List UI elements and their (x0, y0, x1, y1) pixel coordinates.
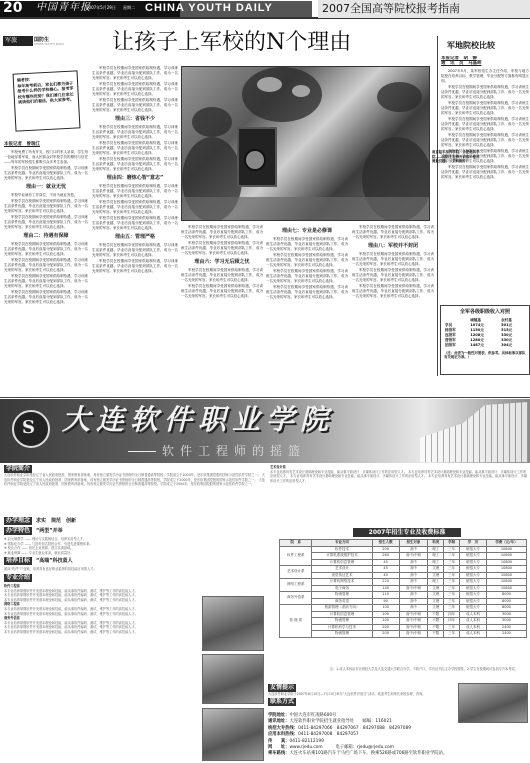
salary-note: （注：此表为一般性对照表，供参考。具体标准以部队有关规定为准。） (444, 351, 526, 360)
contact-route: 乘车路线：大连火车站乘101路汽车于马栏广场下车，换乘526路或706路至软件职… (268, 751, 528, 757)
goal-label: 培养目标 (4, 557, 32, 565)
school-emblem-glyph: S (22, 418, 35, 438)
paper-logo: 中国青年报 (36, 2, 91, 14)
contact-label: 联系方式 (268, 698, 296, 706)
article-paragraph: 军校学员在校期间享受国家供给制待遇，学习训练生活条件优越，毕业后直接分配到部队工… (352, 225, 434, 240)
article-paragraph: 军校学员在校期间享受国家供给制待遇，学习训练生活条件优越，毕业后直接分配到部队工… (4, 258, 88, 273)
article-paragraph: 军校学员在校期间享受国家供给制待遇，学习训练生活条件优越，毕业后直接分配到部队工… (266, 269, 348, 284)
article-paragraph: 军校学员在校期间享受国家供给制待遇，学习训练生活条件优越，毕业后直接分配到部队工… (92, 216, 178, 231)
fee-table-title: 2007年招生专业及收费标准 (353, 528, 461, 537)
goal-value: “高端”科技蓝人 (36, 558, 73, 565)
article-column-1: 本报记者 曾瑞江 军校免费了所有开支，校门口的军人站岗，学生每一色地穿着军装，而… (4, 140, 88, 395)
article-paragraph: 军校学员在校期间享受国家供给制待遇，学习训练生活条件优越，毕业后直接分配到部队工… (92, 98, 178, 113)
sidebar-paragraph: 军校学员在校期间享受国家供给制待遇，学习训练生活条件优越，毕业后直接分配到部队工… (441, 117, 529, 132)
contact-info: 学院地址：中国大连市红凌路600号 通讯地址：大连软件职业学院招生就业指导处 邮… (268, 713, 528, 758)
features-label: 办学特色 (4, 527, 32, 535)
section-heading: 理由六：学习无后顾之忧 (181, 260, 263, 265)
intro-text: 大连软件职业学院是经辽宁省人民政府批准、国家教育部备案，具有独立颁发学历证书资格… (4, 473, 266, 515)
article-paragraph: 军校学员在校期间享受国家供给制待遇，学习训练生活条件优越，毕业后直接分配到部队工… (181, 284, 263, 299)
sidebar-paragraph: 军校学员在校期间享受国家供给制待遇，学习训练生活条件优越，毕业后直接分配到部队工… (441, 133, 529, 148)
editor-note-text: 每年高考前后，家长们都为孩子报考什么样的学校操心。报考军校有哪些优势？我们请几位… (17, 80, 75, 105)
features-row: 办学特色 “两型”并举 (4, 527, 266, 535)
article-paragraph: 军校学员在校期间享受国家供给制待遇，学习训练生活条件优越，毕业后直接分配到部队工… (181, 268, 263, 283)
section-subtag-en: CHINA YOUTH DAILY (34, 42, 64, 46)
section-heading: 理由一：就业无忧 (4, 185, 88, 190)
philosophy-value: 求实 规范 创新 (36, 518, 76, 525)
byline: 本报记者 曾瑞江 (4, 142, 88, 147)
article-paragraph: 军校学员在校期间享受国家供给制待遇，学习训练生活条件优越，毕业后直接分配到部队工… (4, 215, 88, 230)
salary-table-title: 全军各级职级收入对照 (444, 309, 526, 316)
section-heading: 理由四：磨炼心智“意志” (92, 176, 178, 181)
sidebar-byline-2: 通 讯 员 马晶晖 (441, 61, 529, 66)
article-paragraph: 军校学员在校期间享受国家供给制待遇，学习训练生活条件优越，毕业后直接分配到部队工… (4, 290, 88, 305)
article-paragraph: 军校学员在校期间享受国家供给制待遇，学习训练生活条件优越，毕业后直接分配到部队工… (181, 225, 263, 240)
school-name: 大连软件职业学院 (62, 403, 334, 437)
supplement-title: 2007全国高等院校报考指南 (322, 2, 460, 16)
article-paragraph: 军校学员在校期间享受国家供给制待遇，学习训练生活条件优越，毕业后直接分配到部队工… (92, 157, 178, 172)
sidebar-title: 军地院校比较 (447, 40, 495, 51)
article-paragraph: 军校免费了所有开支，校门口的军人站岗，学生每一色地穿着军装，而人民群众对军校学员… (4, 150, 88, 165)
article-column-4: 理由七：专业是必修课 军校学员在校期间享受国家供给制待遇，学习训练生活条件优越，… (266, 225, 348, 395)
article-column-3: 军校学员在校期间享受国家供给制待遇，学习训练生活条件优越，毕业后直接分配到部队工… (181, 225, 263, 395)
major-label: 专业介绍 (4, 574, 32, 582)
section-heading: 理由三：省钱不少 (92, 117, 178, 122)
major-row: 专业介绍 (4, 574, 266, 582)
article-paragraph: 军校学员在校期间享受国家供给制待遇，学习训练生活条件优越，毕业后直接分配到部队工… (4, 242, 88, 257)
features-list: ※ 双元制教学 —— 理论与实践相结合，培养实用型人才。 ※ 国际化办学 —— … (4, 537, 266, 555)
section-heading: 理由七：专业是必修课 (266, 229, 348, 234)
school-slogan: 软件工程师的摇篮 (162, 444, 306, 458)
sidebar-paragraph: 2007年5月，某军校招生办主任介绍，军校与地方院校在培养目标、教学管理、毕业分… (441, 69, 529, 84)
page-number: 20 (3, 0, 22, 16)
philosophy-row: 办学理念 求实 规范 创新 (4, 517, 266, 525)
article-paragraph: 军校学员在校期间享受国家供给制待遇，学习训练生活条件优越，毕业后直接分配到部队工… (4, 166, 88, 181)
slogan-rule (128, 451, 156, 452)
article-paragraph: 军校学员在校期间享受国家供给制待遇，学习训练生活条件优越，毕业后直接分配到部队工… (92, 243, 178, 258)
salary-table: 城镇基农村基 学员1074元501元 排级军1150元515元 连级军1208元… (444, 318, 526, 348)
article-paragraph: 军校学员在校期间享受国家供给制待遇，学习训练生活条件优越，毕业后直接分配到部队工… (92, 82, 178, 97)
article-column-5: 军校学员在校期间享受国家供给制待遇，学习训练生活条件优越，毕业后直接分配到部队工… (352, 225, 434, 395)
article-paragraph: 军校学员在校期间享受国家供给制待遇，学习训练生活条件优越，毕业后直接分配到部队工… (92, 259, 178, 274)
right-intro-text: 本专业培养具有艺术设计基础理论和专业技能，能从事平面设计、多媒体设计工作的应用型… (270, 470, 528, 484)
article-paragraph: 军校学员在校期间享受国家供给制待遇，学习训练生活条件优越，毕业后直接分配到部队工… (352, 284, 434, 299)
section-heading: 理由五：管理严格 (92, 235, 178, 240)
article-paragraph: 军校学员在校期间享受国家供给制待遇，学习训练生活条件优越，毕业后直接分配到部队工… (266, 253, 348, 268)
article-paragraph: 军校学员在校期间享受国家供给制待遇，学习训练生活条件优越，毕业后直接分配到部队工… (92, 184, 178, 199)
section-heading: 理由二：待遇有保障 (4, 234, 88, 239)
students-photo (202, 654, 264, 704)
table-row: 物流管理200高中/中职不限三年成人本科2400 (280, 631, 527, 638)
section-heading: 理由八：军校并不封闭 (352, 244, 434, 249)
article-paragraph: 军校学员在校期间享受国家供给制待遇，学习训练生活条件优越，毕业后直接分配到部队工… (352, 268, 434, 283)
sidebar-paragraph: 军校学员在校期间享受国家供给制待遇，学习训练生活条件优越，毕业后直接分配到部队工… (441, 165, 529, 180)
table-row: 团级军1487元304元 (444, 343, 526, 348)
article-paragraph: 军校学员在校期间享受国家供给制待遇，学习训练生活条件优越，毕业后直接分配到部队工… (92, 200, 178, 215)
issue-weekday: 星期二 (123, 5, 135, 11)
article-paragraph: 军校学员在校期间享受国家供给制待遇，学习训练生活条件优越，毕业后直接分配到部队工… (4, 199, 88, 214)
sidebar-paragraph: 军校学员在校期间享受国家供给制待遇，学习训练生活条件优越，毕业后直接分配到部队工… (441, 85, 529, 100)
tip-section: 友情提示 大连软件职业学院于2007年6月10日—7月10日举办“大连软件开放日… (268, 684, 458, 706)
sidebar-article: 本报记者 胡 静 通 讯 员 马晶晖 2007年5月，某军校招生办主任介绍，军校… (441, 56, 529, 301)
headline: 让孩子上军校的N个理由 (112, 30, 351, 56)
issue-date: 2007年5月29日 (86, 5, 116, 11)
page-divider (0, 397, 530, 398)
classroom-photo (202, 596, 264, 651)
sidebar-paragraph: 军校学员在校期间享受国家供给制待遇，学习训练生活条件优越，毕业后直接分配到部队工… (441, 149, 529, 164)
article-paragraph: 军校学员在校期间享受国家供给制待遇，学习训练生活条件优越，毕业后直接分配到部队工… (266, 237, 348, 252)
article-paragraph: 军校学员在校期间享受国家供给制待遇，学习训练生活条件优越，毕业后直接分配到部队工… (266, 285, 348, 300)
article-paragraph: 军校学员在校期间享受国家供给制待遇，学习训练生活条件优越，毕业后直接分配到部队工… (4, 274, 88, 289)
tip-text: 大连软件职业学院于2007年6月10日—7月10日举办“大连软件开放日”活动，欢… (268, 692, 458, 697)
salary-comparison-box: 全军各级职级收入对照 城镇基农村基 学员1074元501元 排级军1150元51… (440, 305, 530, 375)
editor-note-box: 编者按： 每年高考前后，家长们都为孩子报考什么样的学校操心。报考军校有哪些优势？… (13, 70, 81, 131)
sidebar-paragraph: 军校学员在校期间享受国家供给制待遇，学习训练生活条件优越，毕业后直接分配到部队工… (441, 101, 529, 116)
article-paragraph: 军校学员在校期间享受国家供给制待遇，学习训练生活条件优越，毕业后直接分配到部队工… (92, 66, 178, 81)
intro-label: 学院简介 (4, 465, 32, 473)
article-paragraph: 军校学员在校期间享受国家供给制待遇，学习训练生活条件优越，毕业后直接分配到部队工… (352, 252, 434, 267)
major-details: 软件工程系 本专业培养掌握软件开发基本理论和技能，能从事软件编码、测试、维护等工… (4, 584, 200, 635)
fee-table-note: 注：1.成人本科由东北财经大学及大连交通大学联合办学，不收户口，学历证书由主办学… (330, 667, 526, 671)
military-cadets-photo (181, 66, 430, 221)
sidebar-divider (437, 36, 438, 376)
paper-english-name: CHINA YOUTH DAILY (145, 1, 273, 15)
ad-right-column: 艺术设计系 本专业培养具有艺术设计基础理论和专业技能，能从事平面设计、多媒体设计… (270, 465, 528, 525)
features-value: “两型”并举 (36, 528, 63, 535)
article-paragraph: 军校学员在校期间享受国家供给制待遇，学习训练生活条件优越，毕业后直接分配到部队工… (92, 141, 178, 156)
tip-label: 友情提示 (268, 684, 296, 692)
article-paragraph: 军校学员在校期间享受国家供给制待遇，学习训练生活条件优越，毕业后直接分配到部队工… (181, 241, 263, 256)
article-paragraph: 军校毕业就有工作岗位，不用为就业发愁。 (4, 193, 88, 198)
philosophy-label: 办学理念 (4, 517, 32, 525)
article-paragraph: 军校学员在校期间享受国家供给制待遇，学习训练生活条件优越，毕业后直接分配到部队工… (92, 125, 178, 140)
goal-row: 培养目标 “高端”科技蓝人 (4, 557, 266, 565)
discussion-photo (202, 708, 264, 761)
fee-table: 院 系专业方向招生人数招生对象 科类学制学 历学费（元/年） 软件工程系软件技术… (279, 539, 527, 638)
goal-text: 面向“软件”产业链，培养具有良好职业素养的高技能应用型人才。 (4, 567, 266, 572)
section-tag: 军旅 (3, 36, 33, 46)
article-column-2: 军校学员在校期间享受国家供给制待遇，学习训练生活条件优越，毕业后直接分配到部队工… (92, 66, 178, 396)
